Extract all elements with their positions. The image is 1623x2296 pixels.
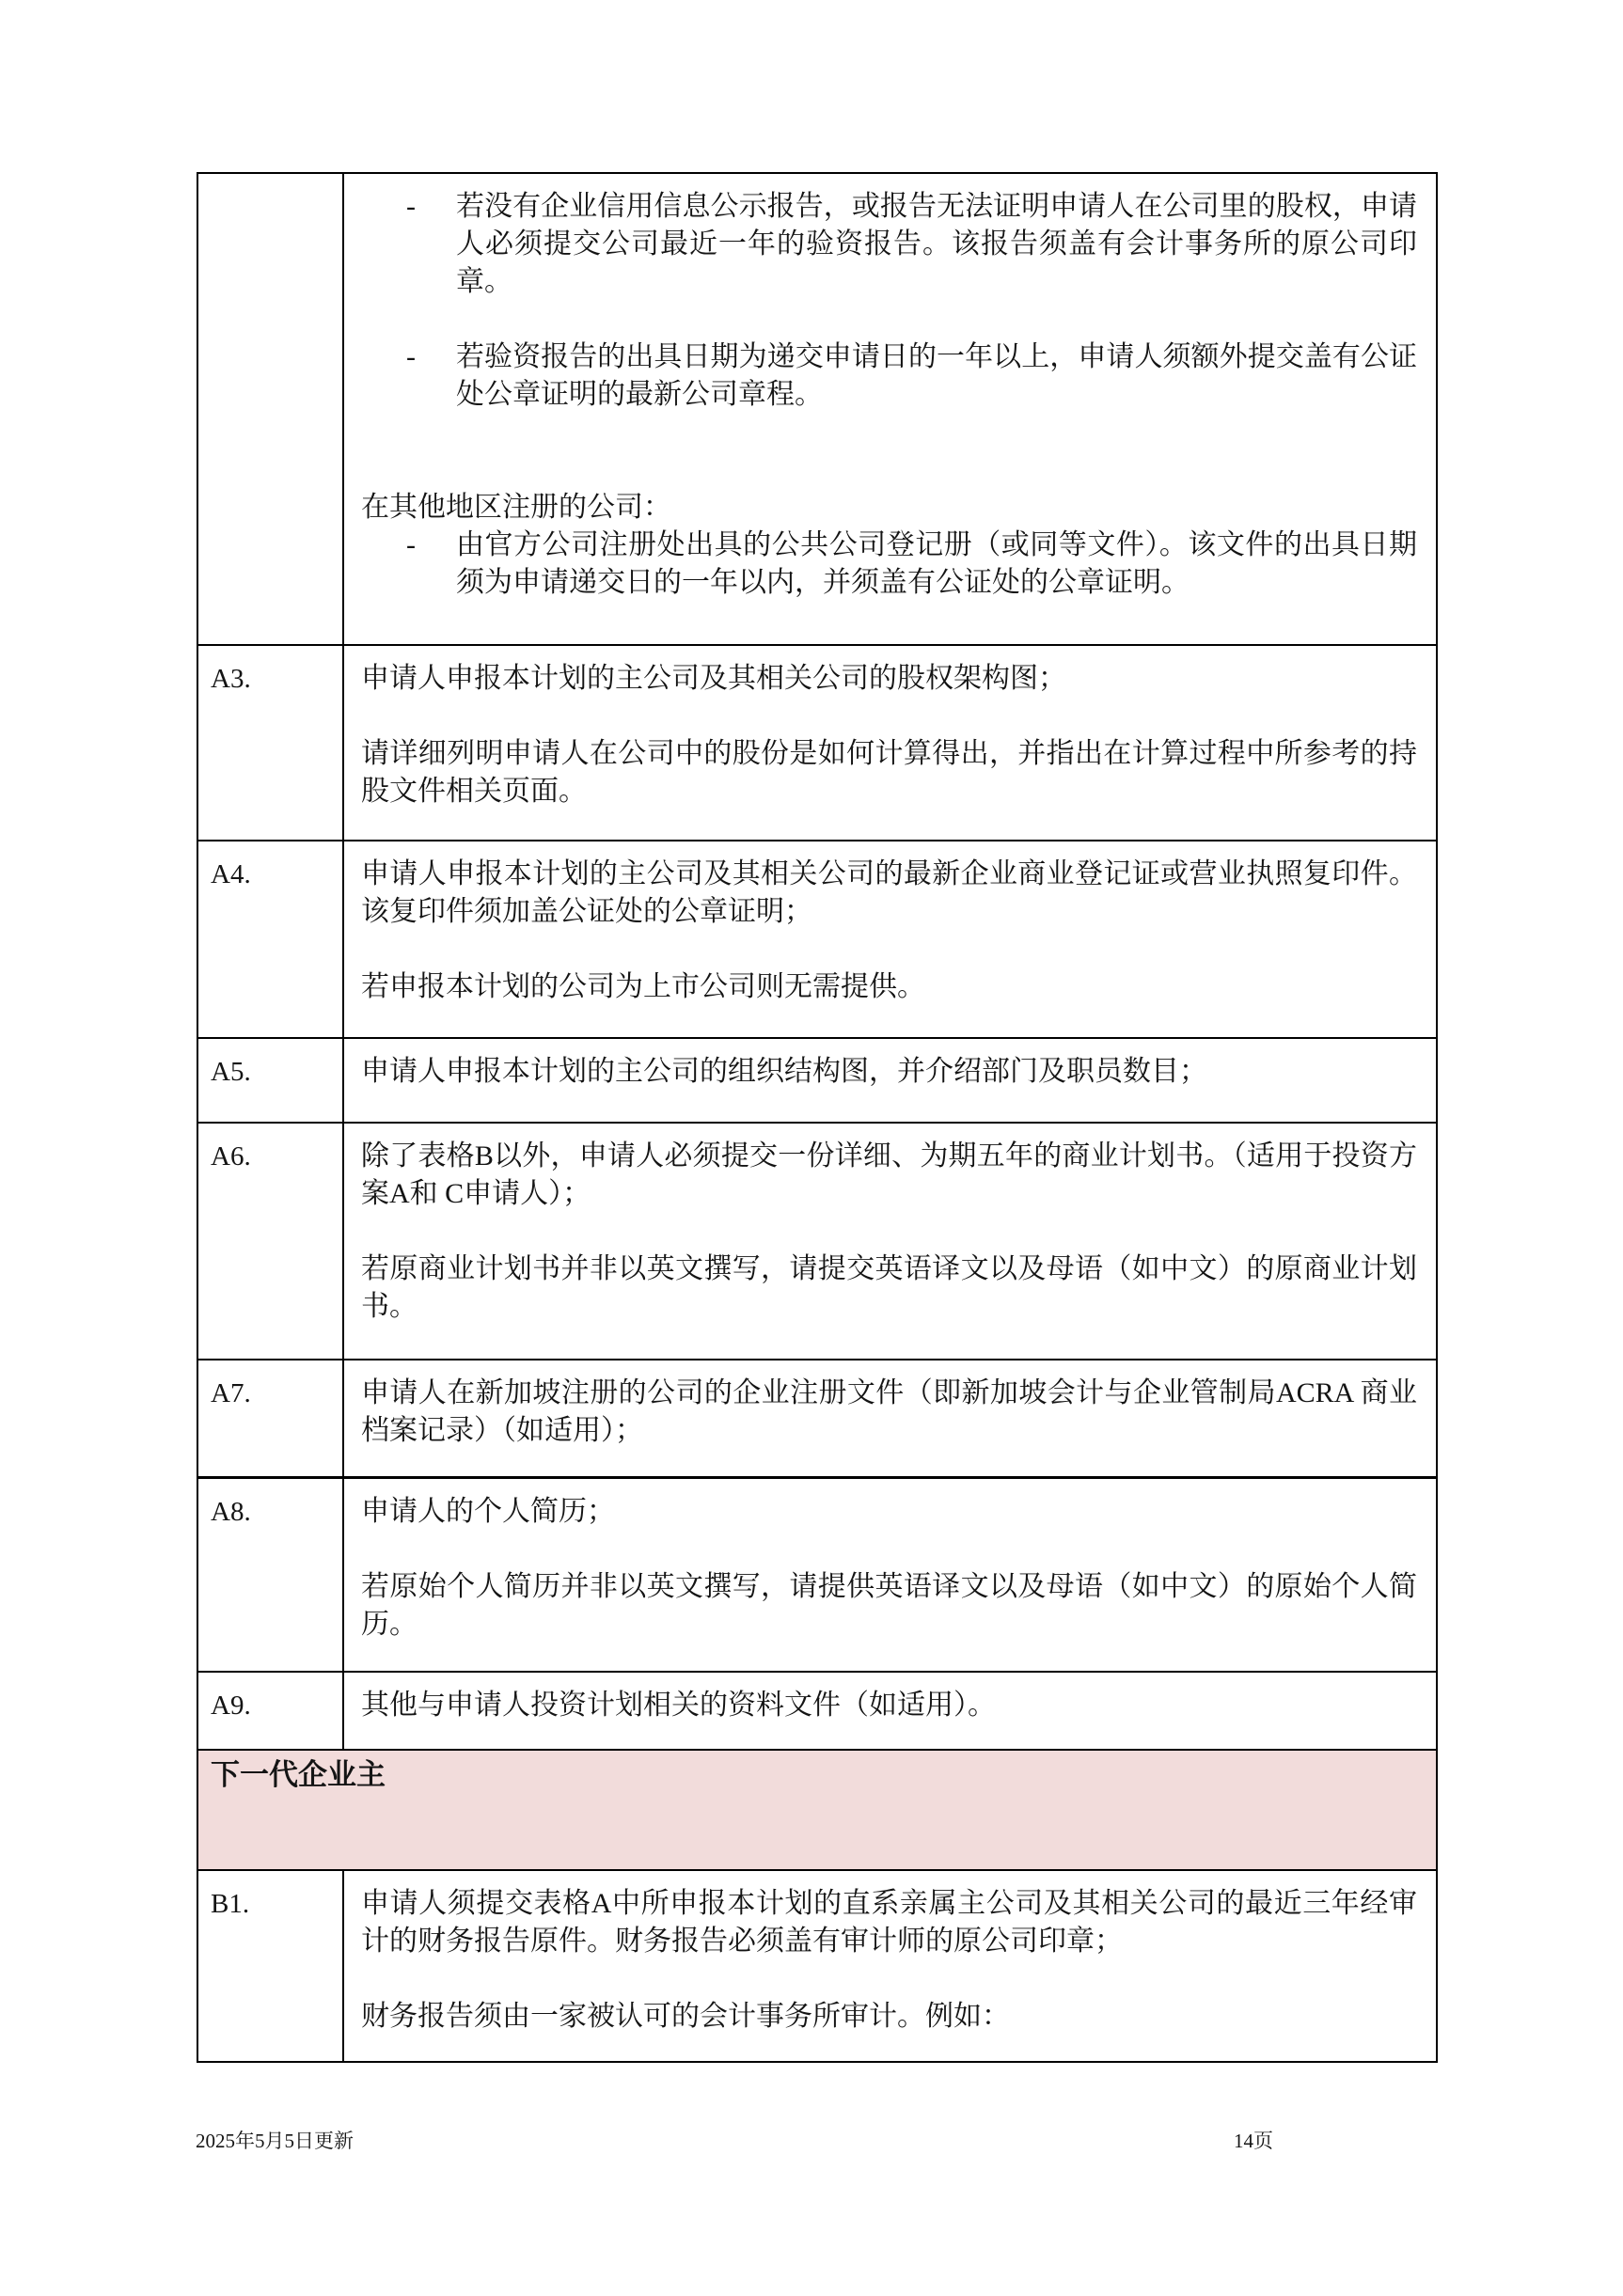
paragraph-text: 若没有企业信用信息公示报告，或报告无法证明申请人在公司里的股权，申请人必须提交公… [456,191,1417,297]
row-label: A8. [197,1477,343,1672]
paragraph-text: 申请人申报本计划的主公司及其相关公司的最新企业商业登记证或营业执照复印件。该复印… [361,858,1417,927]
paragraph-text: 由官方公司注册处出具的公共公司登记册（或同等文件）。该文件的出具日期须为申请递交… [456,529,1417,598]
footer-updated-date: 2025年5月5日更新 [196,2128,354,2154]
paragraph: 申请人申报本计划的主公司及其相关公司的最新企业商业登记证或营业执照复印件。该复印… [361,856,1417,931]
row-content: 申请人须提交表格A中所申报本计划的直系亲属主公司及其相关公司的最近三年经审计的财… [343,1870,1437,2062]
row-content: 申请人申报本计划的主公司及其相关公司的股权架构图；请详细列明申请人在公司中的股份… [343,645,1437,841]
row-content: 申请人申报本计划的主公司及其相关公司的最新企业商业登记证或营业执照复印件。该复印… [343,841,1437,1038]
paragraph-text: 申请人的个人简历； [361,1496,615,1527]
paragraph-text: 除了表格B以外，申请人必须提交一份详细、为期五年的商业计划书。（适用于投资方案A… [361,1140,1417,1209]
paragraph-text: 申请人申报本计划的主公司的组织结构图，并介绍部门及职员数目； [361,1056,1207,1087]
paragraph-text: 申请人在新加坡注册的公司的企业注册文件（即新加坡会计与企业管制局ACRA 商业档… [361,1377,1417,1446]
paragraph-text: 财务报告须由一家被认可的会计事务所审计。例如： [361,2001,1010,2032]
footer-page-number: 14页 [1234,2128,1273,2154]
row-label: A3. [197,645,343,841]
row-content: 除了表格B以外，申请人必须提交一份详细、为期五年的商业计划书。（适用于投资方案A… [343,1123,1437,1360]
paragraph: 财务报告须由一家被认可的会计事务所审计。例如： [361,1998,1417,2036]
section-header-cell: 下一代企业主 [197,1750,1437,1870]
paragraph: 申请人的个人简历； [361,1493,1417,1531]
bullet-dash-icon: - [406,527,416,564]
table-row: B1.申请人须提交表格A中所申报本计划的直系亲属主公司及其相关公司的最近三年经审… [197,1870,1437,2062]
row-label: A4. [197,841,343,1038]
paragraph: 申请人申报本计划的主公司及其相关公司的股权架构图； [361,660,1417,698]
bullet-paragraph: -由官方公司注册处出具的公共公司登记册（或同等文件）。该文件的出具日期须为申请递… [361,527,1417,602]
document-table: -若没有企业信用信息公示报告，或报告无法证明申请人在公司里的股权，申请人必须提交… [197,172,1438,2063]
paragraph-text: 若申报本计划的公司为上市公司则无需提供。 [361,971,925,1002]
paragraph: 申请人在新加坡注册的公司的企业注册文件（即新加坡会计与企业管制局ACRA 商业档… [361,1375,1417,1450]
table-row: A3.申请人申报本计划的主公司及其相关公司的股权架构图；请详细列明申请人在公司中… [197,645,1437,841]
paragraph-text: 若原始个人简历并非以英文撰写，请提供英语译文以及母语（如中文）的原始个人简历。 [361,1571,1417,1640]
row-content: 申请人的个人简历；若原始个人简历并非以英文撰写，请提供英语译文以及母语（如中文）… [343,1477,1437,1672]
paragraph-text: 在其他地区注册的公司： [361,492,671,523]
paragraph-text: 申请人申报本计划的主公司及其相关公司的股权架构图； [361,663,1066,694]
document-table-body: -若没有企业信用信息公示报告，或报告无法证明申请人在公司里的股权，申请人必须提交… [197,173,1437,2062]
table-row: A4.申请人申报本计划的主公司及其相关公司的最新企业商业登记证或营业执照复印件。… [197,841,1437,1038]
bullet-dash-icon: - [406,188,416,226]
paragraph: 在其他地区注册的公司： [361,489,1417,527]
row-label: A7. [197,1360,343,1477]
paragraph-text: 申请人须提交表格A中所申报本计划的直系亲属主公司及其相关公司的最近三年经审计的财… [361,1888,1417,1957]
table-row: -若没有企业信用信息公示报告，或报告无法证明申请人在公司里的股权，申请人必须提交… [197,173,1437,645]
paragraph: 若原商业计划书并非以英文撰写，请提交英语译文以及母语（如中文）的原商业计划书。 [361,1250,1417,1326]
paragraph: 除了表格B以外，申请人必须提交一份详细、为期五年的商业计划书。（适用于投资方案A… [361,1138,1417,1213]
bullet-paragraph: -若验资报告的出具日期为递交申请日的一年以上，申请人须额外提交盖有公证处公章证明… [361,338,1417,414]
paragraph: 请详细列明申请人在公司中的股份是如何计算得出，并指出在计算过程中所参考的持股文件… [361,735,1417,810]
row-content: 其他与申请人投资计划相关的资料文件（如适用）。 [343,1672,1437,1750]
paragraph-text: 请详细列明申请人在公司中的股份是如何计算得出，并指出在计算过程中所参考的持股文件… [361,738,1417,807]
paragraph: 申请人申报本计划的主公司的组织结构图，并介绍部门及职员数目； [361,1053,1417,1091]
row-content: 申请人在新加坡注册的公司的企业注册文件（即新加坡会计与企业管制局ACRA 商业档… [343,1360,1437,1477]
row-label [197,173,343,645]
row-label: B1. [197,1870,343,2062]
row-label: A6. [197,1123,343,1360]
table-row: A8.申请人的个人简历；若原始个人简历并非以英文撰写，请提供英语译文以及母语（如… [197,1477,1437,1672]
bullet-paragraph: -若没有企业信用信息公示报告，或报告无法证明申请人在公司里的股权，申请人必须提交… [361,188,1417,301]
table-row: A5.申请人申报本计划的主公司的组织结构图，并介绍部门及职员数目； [197,1038,1437,1123]
row-label: A5. [197,1038,343,1123]
table-row: A6.除了表格B以外，申请人必须提交一份详细、为期五年的商业计划书。（适用于投资… [197,1123,1437,1360]
row-content: -若没有企业信用信息公示报告，或报告无法证明申请人在公司里的股权，申请人必须提交… [343,173,1437,645]
bullet-dash-icon: - [406,338,416,376]
paragraph: 申请人须提交表格A中所申报本计划的直系亲属主公司及其相关公司的最近三年经审计的财… [361,1885,1417,1960]
paragraph-text: 若原商业计划书并非以英文撰写，请提交英语译文以及母语（如中文）的原商业计划书。 [361,1253,1417,1322]
paragraph: 其他与申请人投资计划相关的资料文件（如适用）。 [361,1687,1417,1724]
section-header-label: 下一代企业主 [211,1758,386,1791]
table-row: A7.申请人在新加坡注册的公司的企业注册文件（即新加坡会计与企业管制局ACRA … [197,1360,1437,1477]
row-label: A9. [197,1672,343,1750]
section-header-row: 下一代企业主 [197,1750,1437,1870]
row-content: 申请人申报本计划的主公司的组织结构图，并介绍部门及职员数目； [343,1038,1437,1123]
paragraph-text: 若验资报告的出具日期为递交申请日的一年以上，申请人须额外提交盖有公证处公章证明的… [456,341,1417,410]
paragraph-text: 其他与申请人投资计划相关的资料文件（如适用）。 [361,1690,996,1721]
paragraph: 若申报本计划的公司为上市公司则无需提供。 [361,968,1417,1006]
paragraph: 若原始个人简历并非以英文撰写，请提供英语译文以及母语（如中文）的原始个人简历。 [361,1568,1417,1643]
table-row: A9.其他与申请人投资计划相关的资料文件（如适用）。 [197,1672,1437,1750]
